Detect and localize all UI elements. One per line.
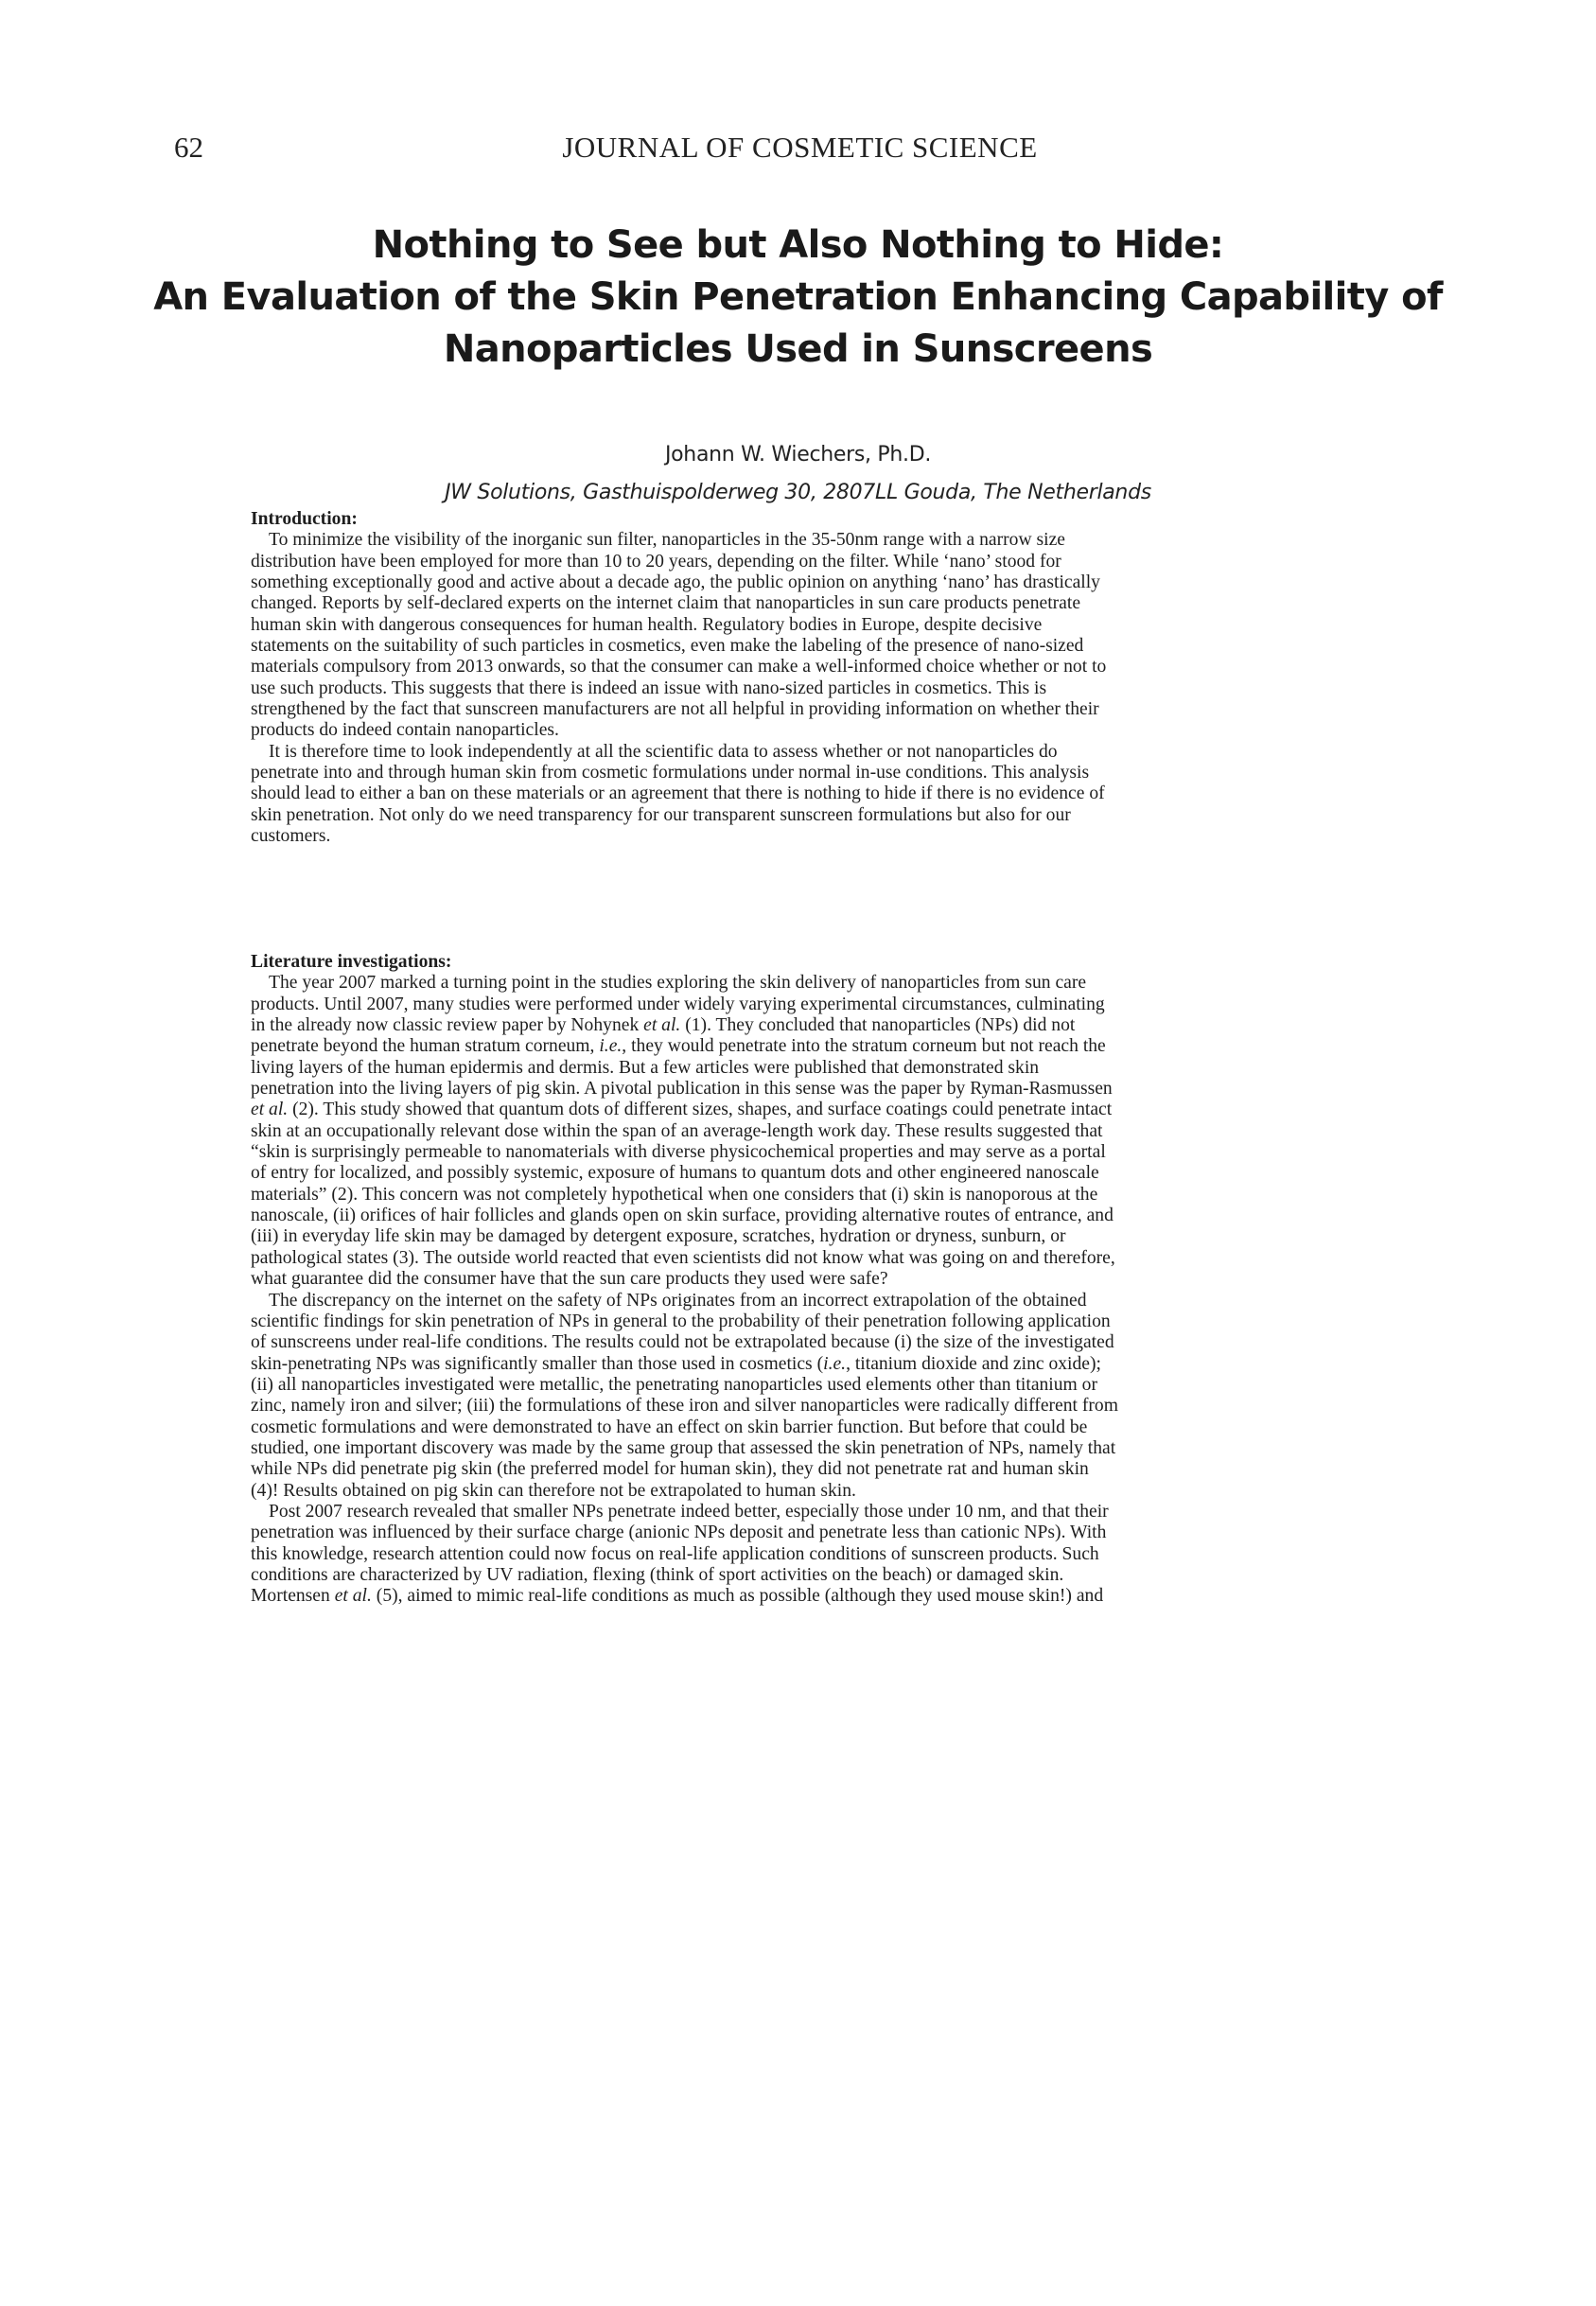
text-line: while NPs did penetrate pig skin (the pr… <box>251 1459 1367 1480</box>
text-line: studied, one important discovery was mad… <box>251 1438 1367 1459</box>
text-line: materials” (2). This concern was not com… <box>251 1185 1367 1206</box>
text-line: It is therefore time to look independent… <box>251 742 1367 763</box>
text-line: strengthened by the fact that sunscreen … <box>251 699 1367 720</box>
text-line: cosmetic formulations and were demonstra… <box>251 1417 1367 1438</box>
text-line: skin at an occupationally relevant dose … <box>251 1121 1367 1142</box>
text-line: living layers of the human epidermis and… <box>251 1058 1367 1079</box>
section-literature-investigations: Literature investigations: The year 2007… <box>251 952 1367 1608</box>
text-line: penetration into the living layers of pi… <box>251 1079 1367 1100</box>
title-line: Nanoparticles Used in Sunscreens <box>0 324 1596 376</box>
text-line: products do indeed contain nanoparticles… <box>251 720 1367 741</box>
text-line: To minimize the visibility of the inorga… <box>251 530 1367 551</box>
text-line: skin-penetrating NPs was significantly s… <box>251 1354 1367 1375</box>
text-line: use such products. This suggests that th… <box>251 678 1367 699</box>
text-line: conditions are characterized by UV radia… <box>251 1565 1367 1586</box>
text-line: nanoscale, (ii) orifices of hair follicl… <box>251 1206 1367 1226</box>
text-line: penetrate into and through human skin fr… <box>251 763 1367 783</box>
author-affiliation: JW Solutions, Gasthuispolderweg 30, 2807… <box>0 481 1596 504</box>
text-line: Mortensen et al. (5), aimed to mimic rea… <box>251 1586 1367 1607</box>
text-line: changed. Reports by self-declared expert… <box>251 593 1367 614</box>
text-line: products. Until 2007, many studies were … <box>251 995 1367 1015</box>
text-line: (ii) all nanoparticles investigated were… <box>251 1375 1367 1396</box>
author-name: Johann W. Wiechers, Ph.D. <box>0 443 1596 466</box>
text-line: scientific findings for skin penetration… <box>251 1311 1367 1332</box>
text-line: (iii) in everyday life skin may be damag… <box>251 1226 1367 1247</box>
text-line: The discrepancy on the internet on the s… <box>251 1291 1367 1311</box>
text-line: statements on the suitability of such pa… <box>251 636 1367 657</box>
text-line: (4)! Results obtained on pig skin can th… <box>251 1481 1367 1502</box>
text-line: customers. <box>251 826 1367 847</box>
text-line: this knowledge, research attention could… <box>251 1544 1367 1565</box>
text-line: “skin is surprisingly permeable to nanom… <box>251 1142 1367 1163</box>
text-line: human skin with dangerous consequences f… <box>251 615 1367 636</box>
text-line: skin penetration. Not only do we need tr… <box>251 805 1367 826</box>
text-line: of sunscreens under real-life conditions… <box>251 1332 1367 1353</box>
section-heading: Literature investigations: <box>251 952 1367 973</box>
text-line: penetrate beyond the human stratum corne… <box>251 1036 1367 1057</box>
title-line: An Evaluation of the Skin Penetration En… <box>0 272 1596 324</box>
section-body: The year 2007 marked a turning point in … <box>251 973 1367 1607</box>
section-body: To minimize the visibility of the inorga… <box>251 530 1367 847</box>
text-line: pathological states (3). The outside wor… <box>251 1248 1367 1269</box>
text-line: Post 2007 research revealed that smaller… <box>251 1502 1367 1523</box>
section-heading: Introduction: <box>251 509 1367 530</box>
journal-running-head: JOURNAL OF COSMETIC SCIENCE <box>0 131 1596 165</box>
text-line: should lead to either a ban on these mat… <box>251 783 1367 804</box>
text-line: distribution have been employed for more… <box>251 552 1367 572</box>
text-line: materials compulsory from 2013 onwards, … <box>251 657 1367 678</box>
text-line: The year 2007 marked a turning point in … <box>251 973 1367 994</box>
text-line: in the already now classic review paper … <box>251 1015 1367 1036</box>
article-title: Nothing to See but Also Nothing to Hide:… <box>0 220 1596 376</box>
text-line: et al. (2). This study showed that quant… <box>251 1100 1367 1120</box>
section-introduction: Introduction: To minimize the visibility… <box>251 509 1367 848</box>
text-line: what guarantee did the consumer have tha… <box>251 1269 1367 1290</box>
text-line: zinc, namely iron and silver; (iii) the … <box>251 1396 1367 1417</box>
title-line: Nothing to See but Also Nothing to Hide: <box>0 220 1596 272</box>
text-line: of entry for localized, and possibly sys… <box>251 1163 1367 1184</box>
text-line: penetration was influenced by their surf… <box>251 1523 1367 1543</box>
text-line: something exceptionally good and active … <box>251 572 1367 593</box>
